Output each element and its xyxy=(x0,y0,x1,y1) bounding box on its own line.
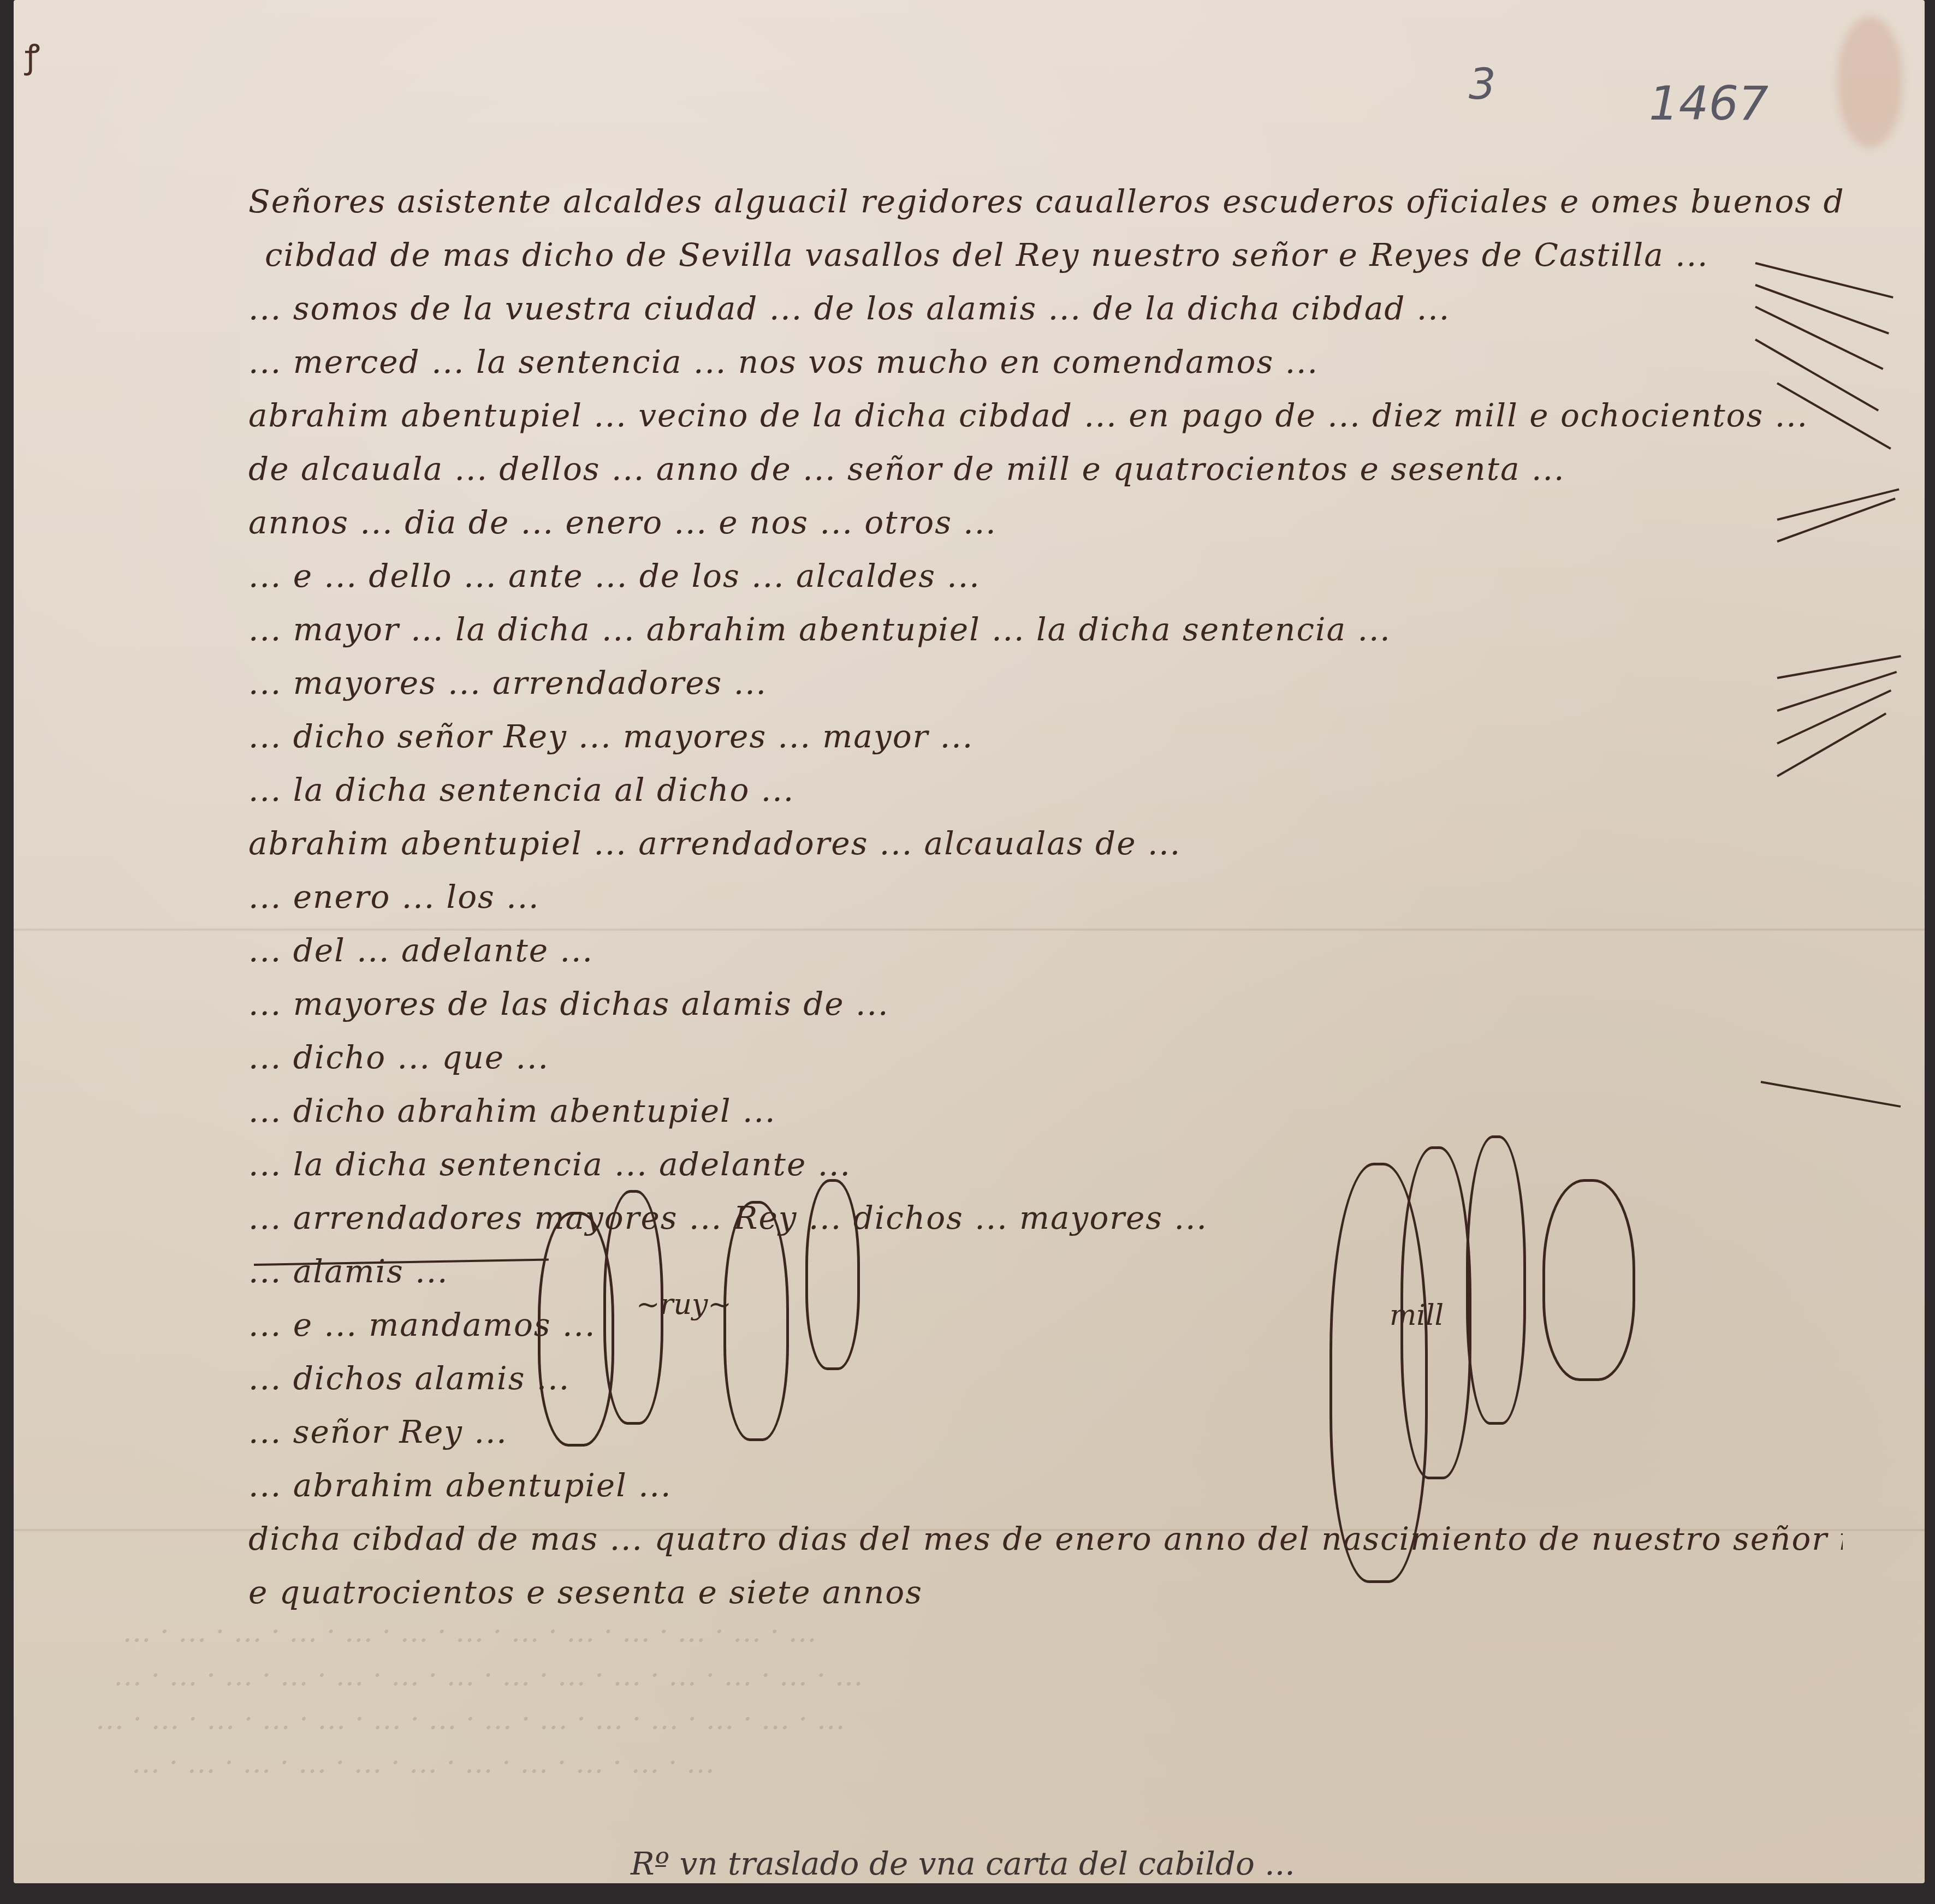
bleed-through: … · … · … · … · … · … · … · … · … · … · … xyxy=(96,1616,1897,1649)
signature-loop xyxy=(1542,1179,1635,1381)
letter-body: Señores asistente alcaldes alguacil regi… xyxy=(248,175,1843,1619)
text-line: ... mayores de las dichas alamis de ... xyxy=(248,977,1843,1031)
text-line: cibdad de mas dicho de Sevilla vasallos … xyxy=(248,228,1843,282)
text-line: ... del ... adelante ... xyxy=(248,924,1843,977)
text-line: ... dicho ... que ... xyxy=(248,1031,1843,1084)
text-line: ... e ... dello ... ante ... de los ... … xyxy=(248,549,1843,603)
signature-text: ~ruy~ xyxy=(636,1288,732,1321)
text-line: ... abrahim abentupiel ... xyxy=(248,1459,1843,1512)
text-line: annos ... dia de ... enero ... e nos ...… xyxy=(248,496,1843,549)
stain xyxy=(1837,16,1903,147)
text-line: ... mayores ... arrendadores ... xyxy=(248,656,1843,710)
folio-number: 3 xyxy=(1469,60,1496,109)
text-line: ... enero ... los ... xyxy=(248,870,1843,924)
text-line: ... señor Rey ... xyxy=(248,1405,1843,1459)
text-line: abrahim abentupiel ... vecino de la dich… xyxy=(248,389,1843,442)
text-line: ... dicho señor Rey ... mayores ... mayo… xyxy=(248,710,1843,763)
text-line: ... mayor ... la dicha ... abrahim abent… xyxy=(248,603,1843,656)
bleed-through: … · … · … · … · … · … · … · … · … · … · … xyxy=(96,1703,1897,1736)
signature-loop xyxy=(1466,1135,1526,1425)
signature-text: mill xyxy=(1390,1299,1444,1332)
bleed-through: … · … · … · … · … · … · … · … · … · … · … xyxy=(96,1747,1897,1780)
text-line: Señores asistente alcaldes alguacil regi… xyxy=(248,175,1843,228)
archival-note: Rº vn traslado de vna carta del cabildo … xyxy=(631,1845,1295,1882)
text-line: ... la dicha sentencia al dicho ... xyxy=(248,763,1843,817)
text-line: dicha cibdad de mas ... quatro dias del … xyxy=(248,1512,1843,1566)
text-line: ... somos de la vuestra ciudad ... de lo… xyxy=(248,282,1843,335)
text-line: ... merced ... la sentencia ... nos vos … xyxy=(248,335,1843,389)
ink-blot: ꝭ xyxy=(25,33,40,78)
text-line: de alcauala ... dellos ... anno de ... s… xyxy=(248,442,1843,496)
signature-loop xyxy=(723,1201,789,1441)
text-line: e quatrocientos e sesenta e siete annos xyxy=(248,1566,1843,1619)
manuscript-page: 3 1467 ꝭ Señores asistente alcaldes algu… xyxy=(14,0,1925,1883)
signature-loop xyxy=(538,1212,614,1447)
bleed-through: … · … · … · … · … · … · … · … · … · … · … xyxy=(96,1659,1897,1692)
text-line: abrahim abentupiel ... arrendadores ... … xyxy=(248,817,1843,870)
year-annotation: 1467 xyxy=(1649,76,1768,131)
text-line: ... dicho abrahim abentupiel ... xyxy=(248,1084,1843,1138)
signature-loop xyxy=(805,1179,860,1370)
